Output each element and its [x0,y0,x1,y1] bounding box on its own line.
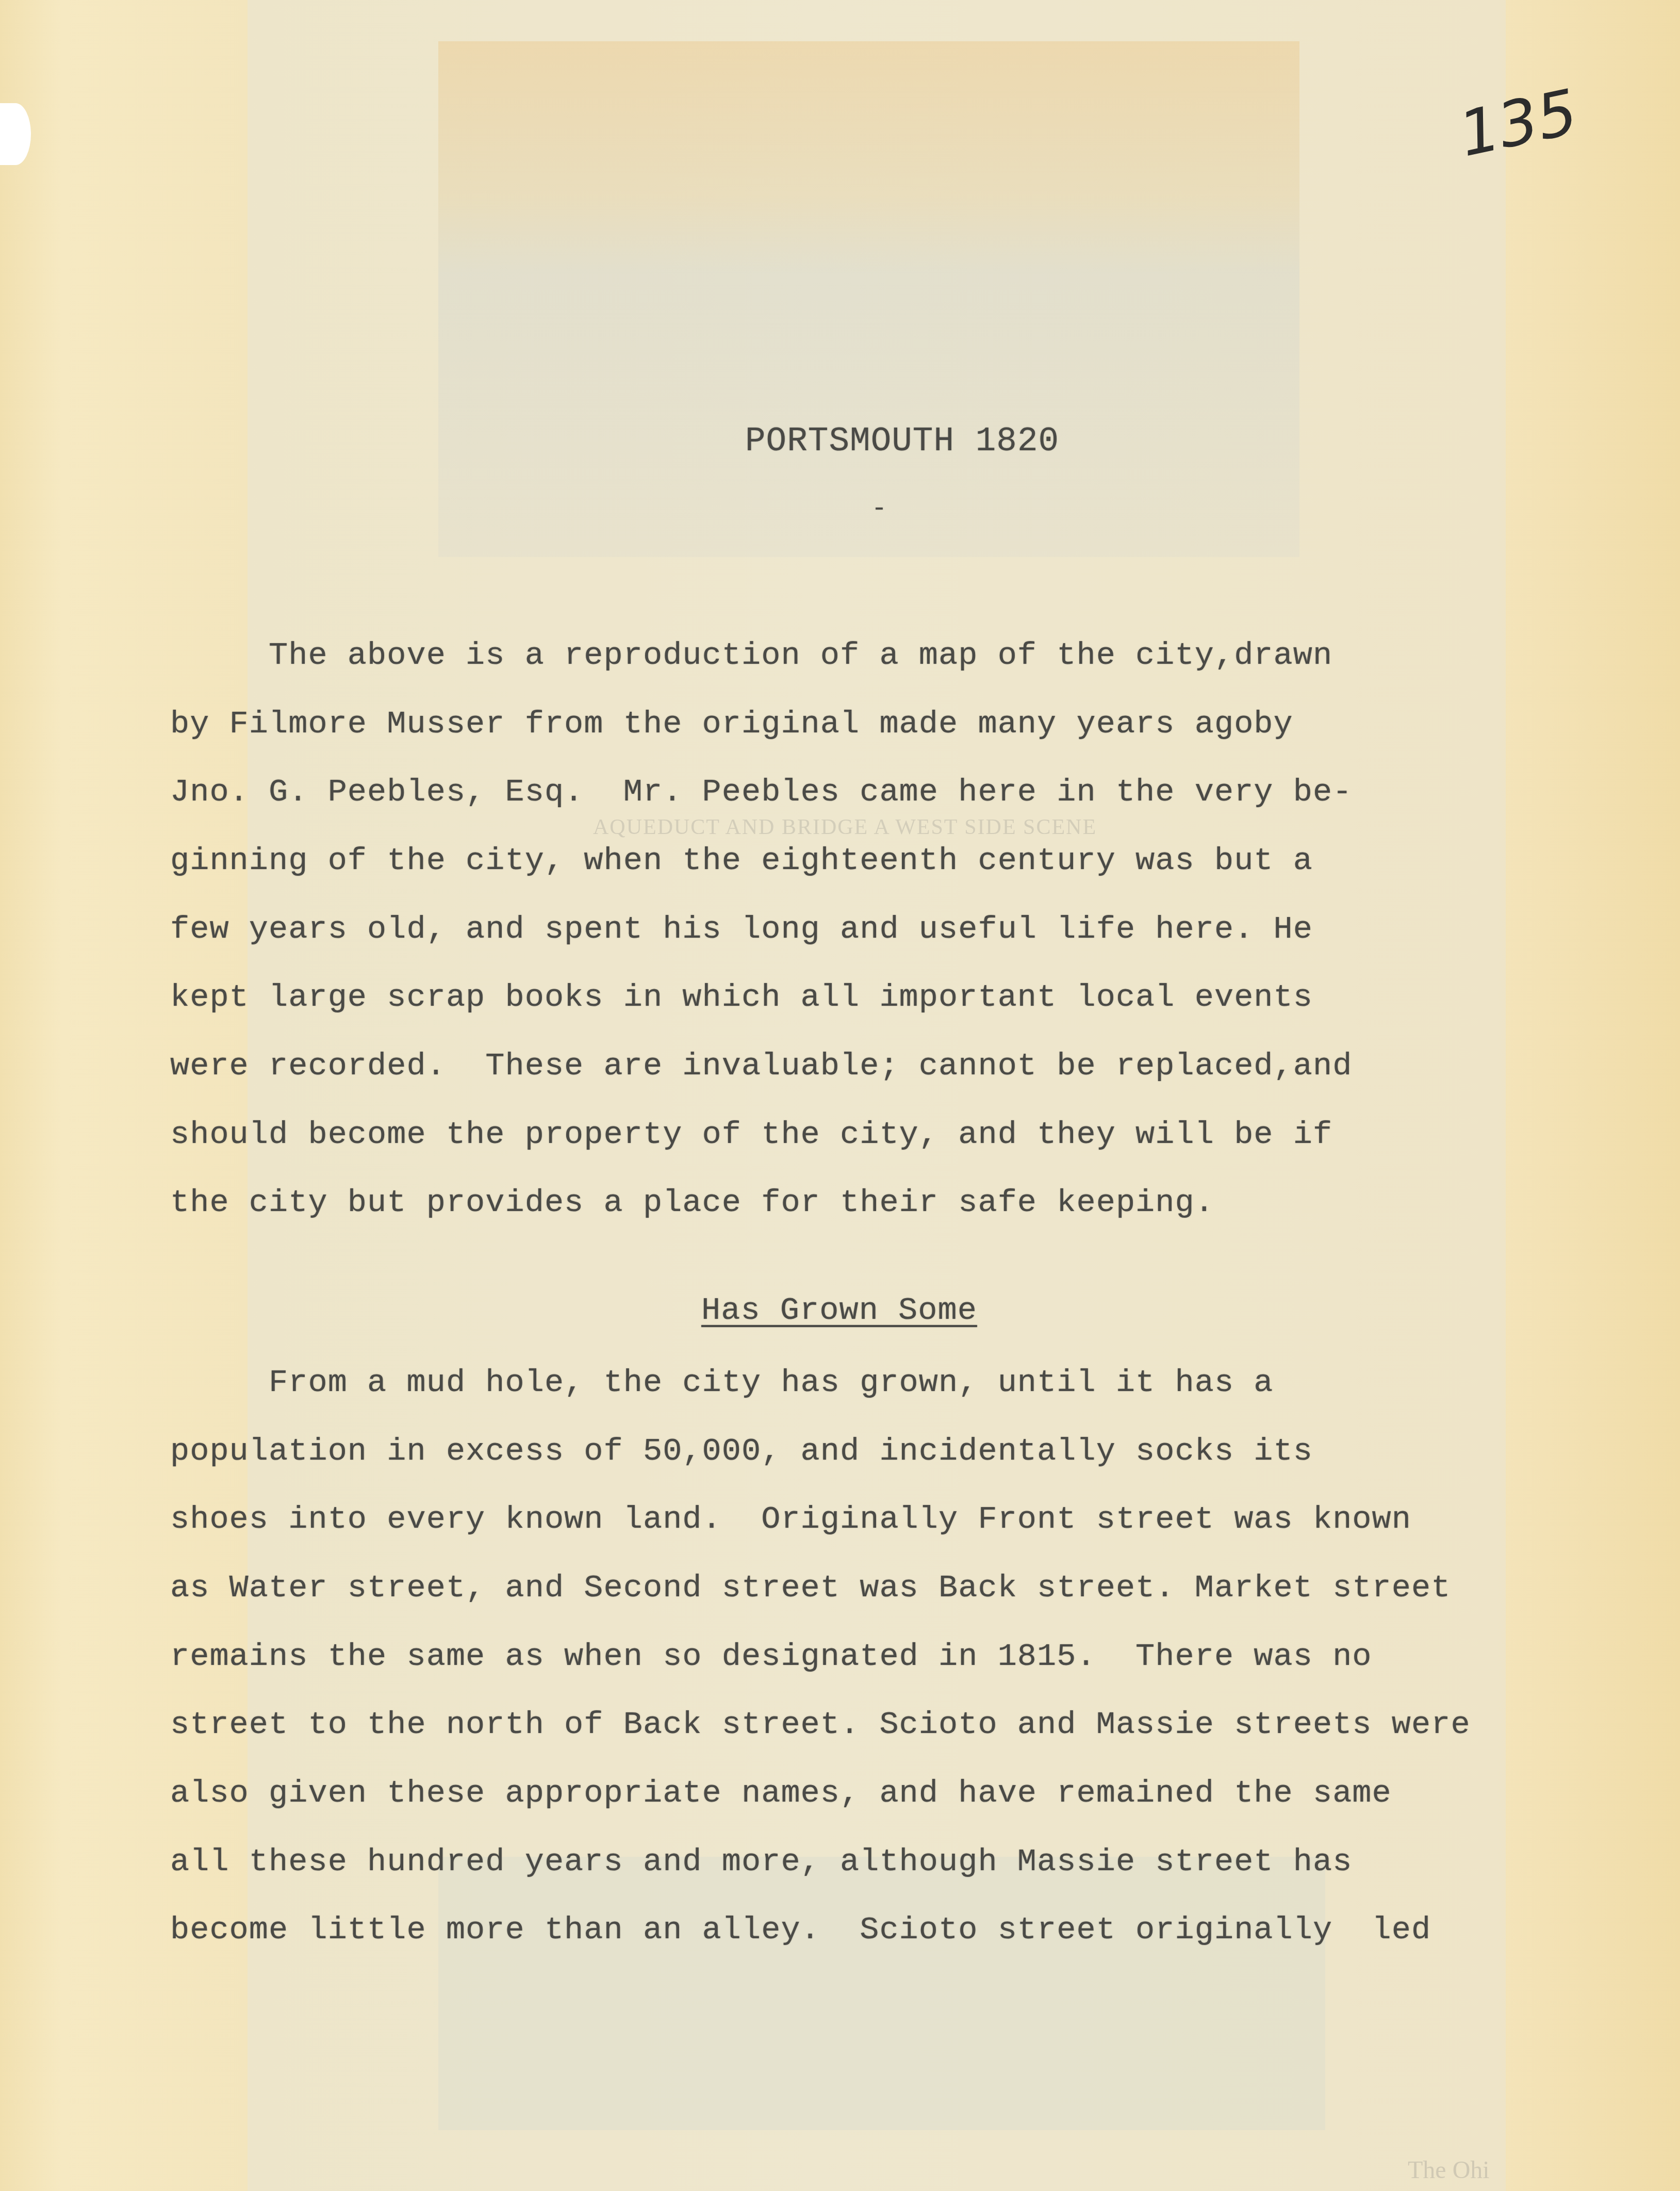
paragraph2-line: become little more than an alley. Scioto… [170,1911,1431,1948]
bleed-through-photo [438,41,1299,557]
paragraph1-line: ginning of the city, when the eighteenth… [170,842,1313,879]
paper-tear [0,103,31,165]
paragraph1-line: were recorded. These are invaluable; can… [170,1048,1352,1084]
paragraph2-line: also given these appropriate names, and … [170,1775,1392,1811]
paragraph2-line: population in excess of 50,000, and inci… [170,1433,1313,1469]
paragraph1-line: the city but provides a place for their … [170,1184,1214,1221]
paragraph1-line: by Filmore Musser from the original made… [170,706,1293,742]
document-page: AQUEDUCT AND BRIDGE A WEST SIDE SCENE Th… [0,0,1680,2191]
bleed-through-caption: AQUEDUCT AND BRIDGE A WEST SIDE SCENE [593,815,1097,840]
paragraph1-line: kept large scrap books in which all impo… [170,979,1313,1016]
paragraph1-line: Jno. G. Peebles, Esq. Mr. Peebles came h… [170,774,1352,810]
paragraph1-line: The above is a reproduction of a map of … [170,637,1332,674]
section-heading: Has Grown Some [701,1292,977,1329]
paragraph2-line: shoes into every known land. Originally … [170,1501,1411,1538]
paragraph2-line: all these hundred years and more, althou… [170,1843,1352,1880]
paragraph2-line: From a mud hole, the city has grown, unt… [170,1364,1274,1401]
paragraph1-line: few years old, and spent his long and us… [170,911,1313,947]
bleed-through-photo-bottom [438,1857,1325,2130]
bleed-through-fragment: The Ohi [1408,2156,1490,2184]
paragraph2-line: street to the north of Back street. Scio… [170,1706,1471,1743]
paragraph2-line: remains the same as when so designated i… [170,1638,1372,1675]
paragraph1-line: should become the property of the city, … [170,1116,1332,1153]
paragraph2-line: as Water street, and Second street was B… [170,1569,1451,1606]
title-separator: - [871,494,887,524]
document-title: PORTSMOUTH 1820 [745,422,1059,461]
